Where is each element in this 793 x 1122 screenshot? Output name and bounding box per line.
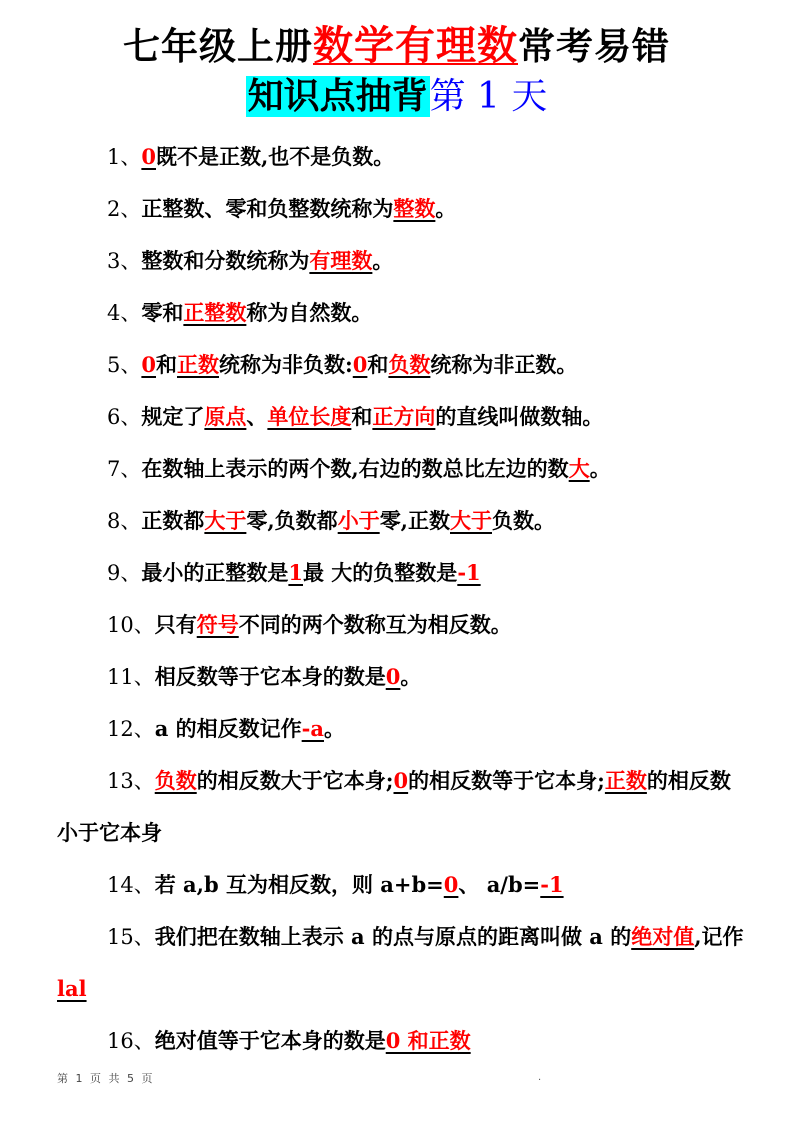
answer-blank: 大于 — [450, 508, 492, 533]
answer-blank: 0 — [386, 664, 401, 689]
page-footer: 第 1 页 共 5 页 — [57, 1070, 154, 1086]
item-text: 我们把在数轴上表示 a 的点与原点的距离叫做 a 的 — [155, 924, 631, 949]
knowledge-point-item: 14、若 a,b 互为相反数，则 a+b=0、 a/b=-1 — [57, 859, 747, 911]
answer-blank: 小于 — [338, 508, 380, 533]
item-number: 6、 — [107, 405, 141, 429]
item-text: 。 — [590, 456, 611, 481]
item-text: 在数轴上表示的两个数,右边的数总比左边的数 — [141, 456, 568, 481]
item-text: 、 a/b= — [458, 872, 540, 897]
item-text: 的相反数等于它本身; — [408, 768, 605, 793]
item-text: 和 — [367, 352, 388, 377]
item-text: 负数。 — [492, 508, 555, 533]
item-text: 既不是正数,也不是负数。 — [156, 144, 394, 169]
knowledge-point-item: 1、0既不是正数,也不是负数。 — [57, 131, 747, 183]
knowledge-point-item: 15、我们把在数轴上表示 a 的点与原点的距离叫做 a 的绝对值,记作lal — [57, 911, 747, 1015]
answer-blank: 有理数 — [309, 248, 372, 273]
item-number: 3、 — [107, 249, 141, 273]
knowledge-point-item: 3、整数和分数统称为有理数。 — [57, 235, 747, 287]
item-text: 。 — [372, 248, 393, 273]
answer-blank: -a — [302, 716, 324, 741]
item-number: 2、 — [107, 197, 141, 221]
item-text: 正整数、零和负整数统称为 — [141, 196, 393, 221]
answer-blank: 0 — [141, 144, 156, 169]
item-text: 若 a,b 互为相反数，则 a+b= — [155, 872, 444, 897]
item-number: 7、 — [107, 457, 141, 481]
knowledge-point-item: 12、a 的相反数记作-a。 — [57, 703, 747, 755]
item-text: 不同的两个数称互为相反数。 — [239, 612, 512, 637]
item-number: 4、 — [107, 301, 141, 325]
item-text: 规定了 — [141, 404, 204, 429]
answer-blank: 0 — [141, 352, 156, 377]
item-text: 统称为非负数: — [219, 352, 353, 377]
knowledge-point-item: 7、在数轴上表示的两个数,右边的数总比左边的数大。 — [57, 443, 747, 495]
item-number: 16、 — [107, 1029, 155, 1053]
knowledge-point-item: 11、相反数等于它本身的数是0。 — [57, 651, 747, 703]
item-text: 零,正数 — [380, 508, 450, 533]
item-number: 11、 — [107, 665, 155, 689]
answer-blank: 负数 — [155, 768, 197, 793]
knowledge-point-item: 8、正数都大于零,负数都小于零,正数大于负数。 — [57, 495, 747, 547]
item-text: 只有 — [155, 612, 197, 637]
item-number: 15、 — [107, 925, 155, 949]
item-number: 12、 — [107, 717, 155, 741]
item-text: 。 — [324, 716, 345, 741]
knowledge-point-item: 10、只有符号不同的两个数称互为相反数。 — [57, 599, 747, 651]
knowledge-point-item: 16、绝对值等于它本身的数是0 和正数 — [57, 1015, 747, 1067]
knowledge-point-item: 5、0和正数统称为非负数:0和负数统称为非正数。 — [57, 339, 747, 391]
knowledge-point-item: 4、零和正整数称为自然数。 — [57, 287, 747, 339]
answer-blank: -1 — [540, 872, 563, 897]
answer-blank: 负数 — [388, 352, 430, 377]
answer-blank: 整数 — [393, 196, 435, 221]
item-text: 。 — [435, 196, 456, 221]
answer-blank: 正数 — [177, 352, 219, 377]
footer-dot: . — [538, 1072, 541, 1083]
item-number: 1、 — [107, 145, 141, 169]
title-suffix: 常考易错 — [518, 25, 670, 68]
knowledge-point-item: 9、最小的正整数是1最 大的负整数是-1 — [57, 547, 747, 599]
item-number: 8、 — [107, 509, 141, 533]
item-text: 称为自然数。 — [246, 300, 372, 325]
answer-blank: 大 — [569, 456, 590, 481]
item-text: 的相反数大于它本身; — [197, 768, 394, 793]
subtitle-highlighted: 知识点抽背 — [246, 76, 430, 117]
item-text: a 的相反数记作 — [155, 716, 302, 741]
answer-blank: 1 — [288, 560, 303, 585]
item-text: 零和 — [141, 300, 183, 325]
item-text: 零,负数都 — [246, 508, 337, 533]
item-number: 9、 — [107, 561, 141, 585]
title-highlight: 数学有理数 — [313, 23, 518, 69]
answer-blank: 符号 — [197, 612, 239, 637]
answer-blank: 0 — [353, 352, 368, 377]
answer-blank: 绝对值 — [631, 924, 694, 949]
answer-blank: 正数 — [605, 768, 647, 793]
answer-blank: 大于 — [204, 508, 246, 533]
knowledge-point-item: 6、规定了原点、单位长度和正方向的直线叫做数轴。 — [57, 391, 747, 443]
item-number: 10、 — [107, 613, 155, 637]
document-title: 七年级上册数学有理数常考易错 — [0, 22, 793, 71]
document-subtitle: 知识点抽背第 1 天 — [0, 72, 793, 122]
answer-blank: 0 — [444, 872, 459, 897]
item-text: 绝对值等于它本身的数是 — [155, 1028, 386, 1053]
answer-blank: 单位长度 — [267, 404, 351, 429]
item-text: 最 大的负整数是 — [303, 560, 457, 585]
knowledge-point-item: 2、正整数、零和负整数统称为整数。 — [57, 183, 747, 235]
item-text: 。 — [400, 664, 421, 689]
answer-blank: 0 和正数 — [386, 1028, 471, 1053]
title-prefix: 七年级上册 — [123, 25, 313, 68]
knowledge-point-item: 13、负数的相反数大于它本身;0的相反数等于它本身;正数的相反数小于它本身 — [57, 755, 747, 859]
item-text: 和 — [351, 404, 372, 429]
item-text: 最小的正整数是 — [141, 560, 288, 585]
day-label: 第 1 天 — [430, 76, 548, 117]
item-text: 和 — [156, 352, 177, 377]
item-number: 14、 — [107, 873, 155, 897]
answer-blank: -1 — [457, 560, 480, 585]
answer-blank: 正方向 — [372, 404, 435, 429]
item-text: ,记作 — [694, 924, 743, 949]
answer-blank: 原点 — [204, 404, 246, 429]
item-text: 统称为非正数。 — [430, 352, 577, 377]
item-text: 相反数等于它本身的数是 — [155, 664, 386, 689]
item-text: 正数都 — [141, 508, 204, 533]
answer-blank: 正整数 — [183, 300, 246, 325]
item-text: 的直线叫做数轴。 — [435, 404, 603, 429]
item-number: 13、 — [107, 769, 155, 793]
item-text: 整数和分数统称为 — [141, 248, 309, 273]
answer-blank: 0 — [394, 768, 409, 793]
item-number: 5、 — [107, 353, 141, 377]
answer-blank: lal — [57, 976, 87, 1001]
item-text: 、 — [246, 404, 267, 429]
